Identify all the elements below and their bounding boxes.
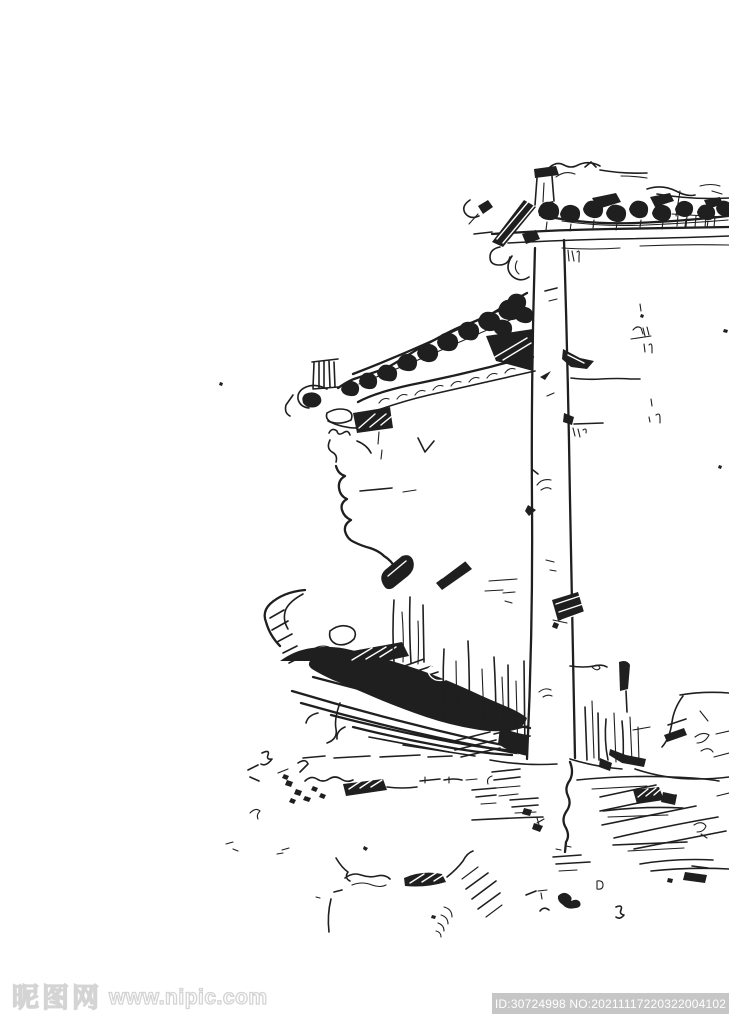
wall-specks [631, 304, 660, 423]
top-roof-eave [464, 162, 729, 280]
shadow-mass [248, 590, 530, 781]
ground-left [219, 382, 477, 854]
stock-image-preview: 昵图网 www.nipic.com ID:30724998 NO:2021111… [0, 0, 729, 1024]
ink-sketch-drawing [0, 0, 729, 1024]
site-url-text: www.nipic.com [109, 987, 268, 1009]
site-logo-text: 昵图网 [12, 984, 102, 1012]
wall-cracks [336, 432, 472, 590]
id-bar: ID:30724998 NO:20211117220322004102 [492, 993, 729, 1014]
rock-and-grass [488, 329, 729, 849]
side-roof [286, 293, 536, 462]
site-watermark: 昵图网 www.nipic.com [12, 984, 268, 1012]
ground-crack [553, 762, 590, 871]
ground-right [526, 776, 729, 918]
ground-bottom-center [282, 848, 502, 937]
id-bar-text: ID:30724998 NO:20211117220322004102 [495, 997, 726, 1011]
